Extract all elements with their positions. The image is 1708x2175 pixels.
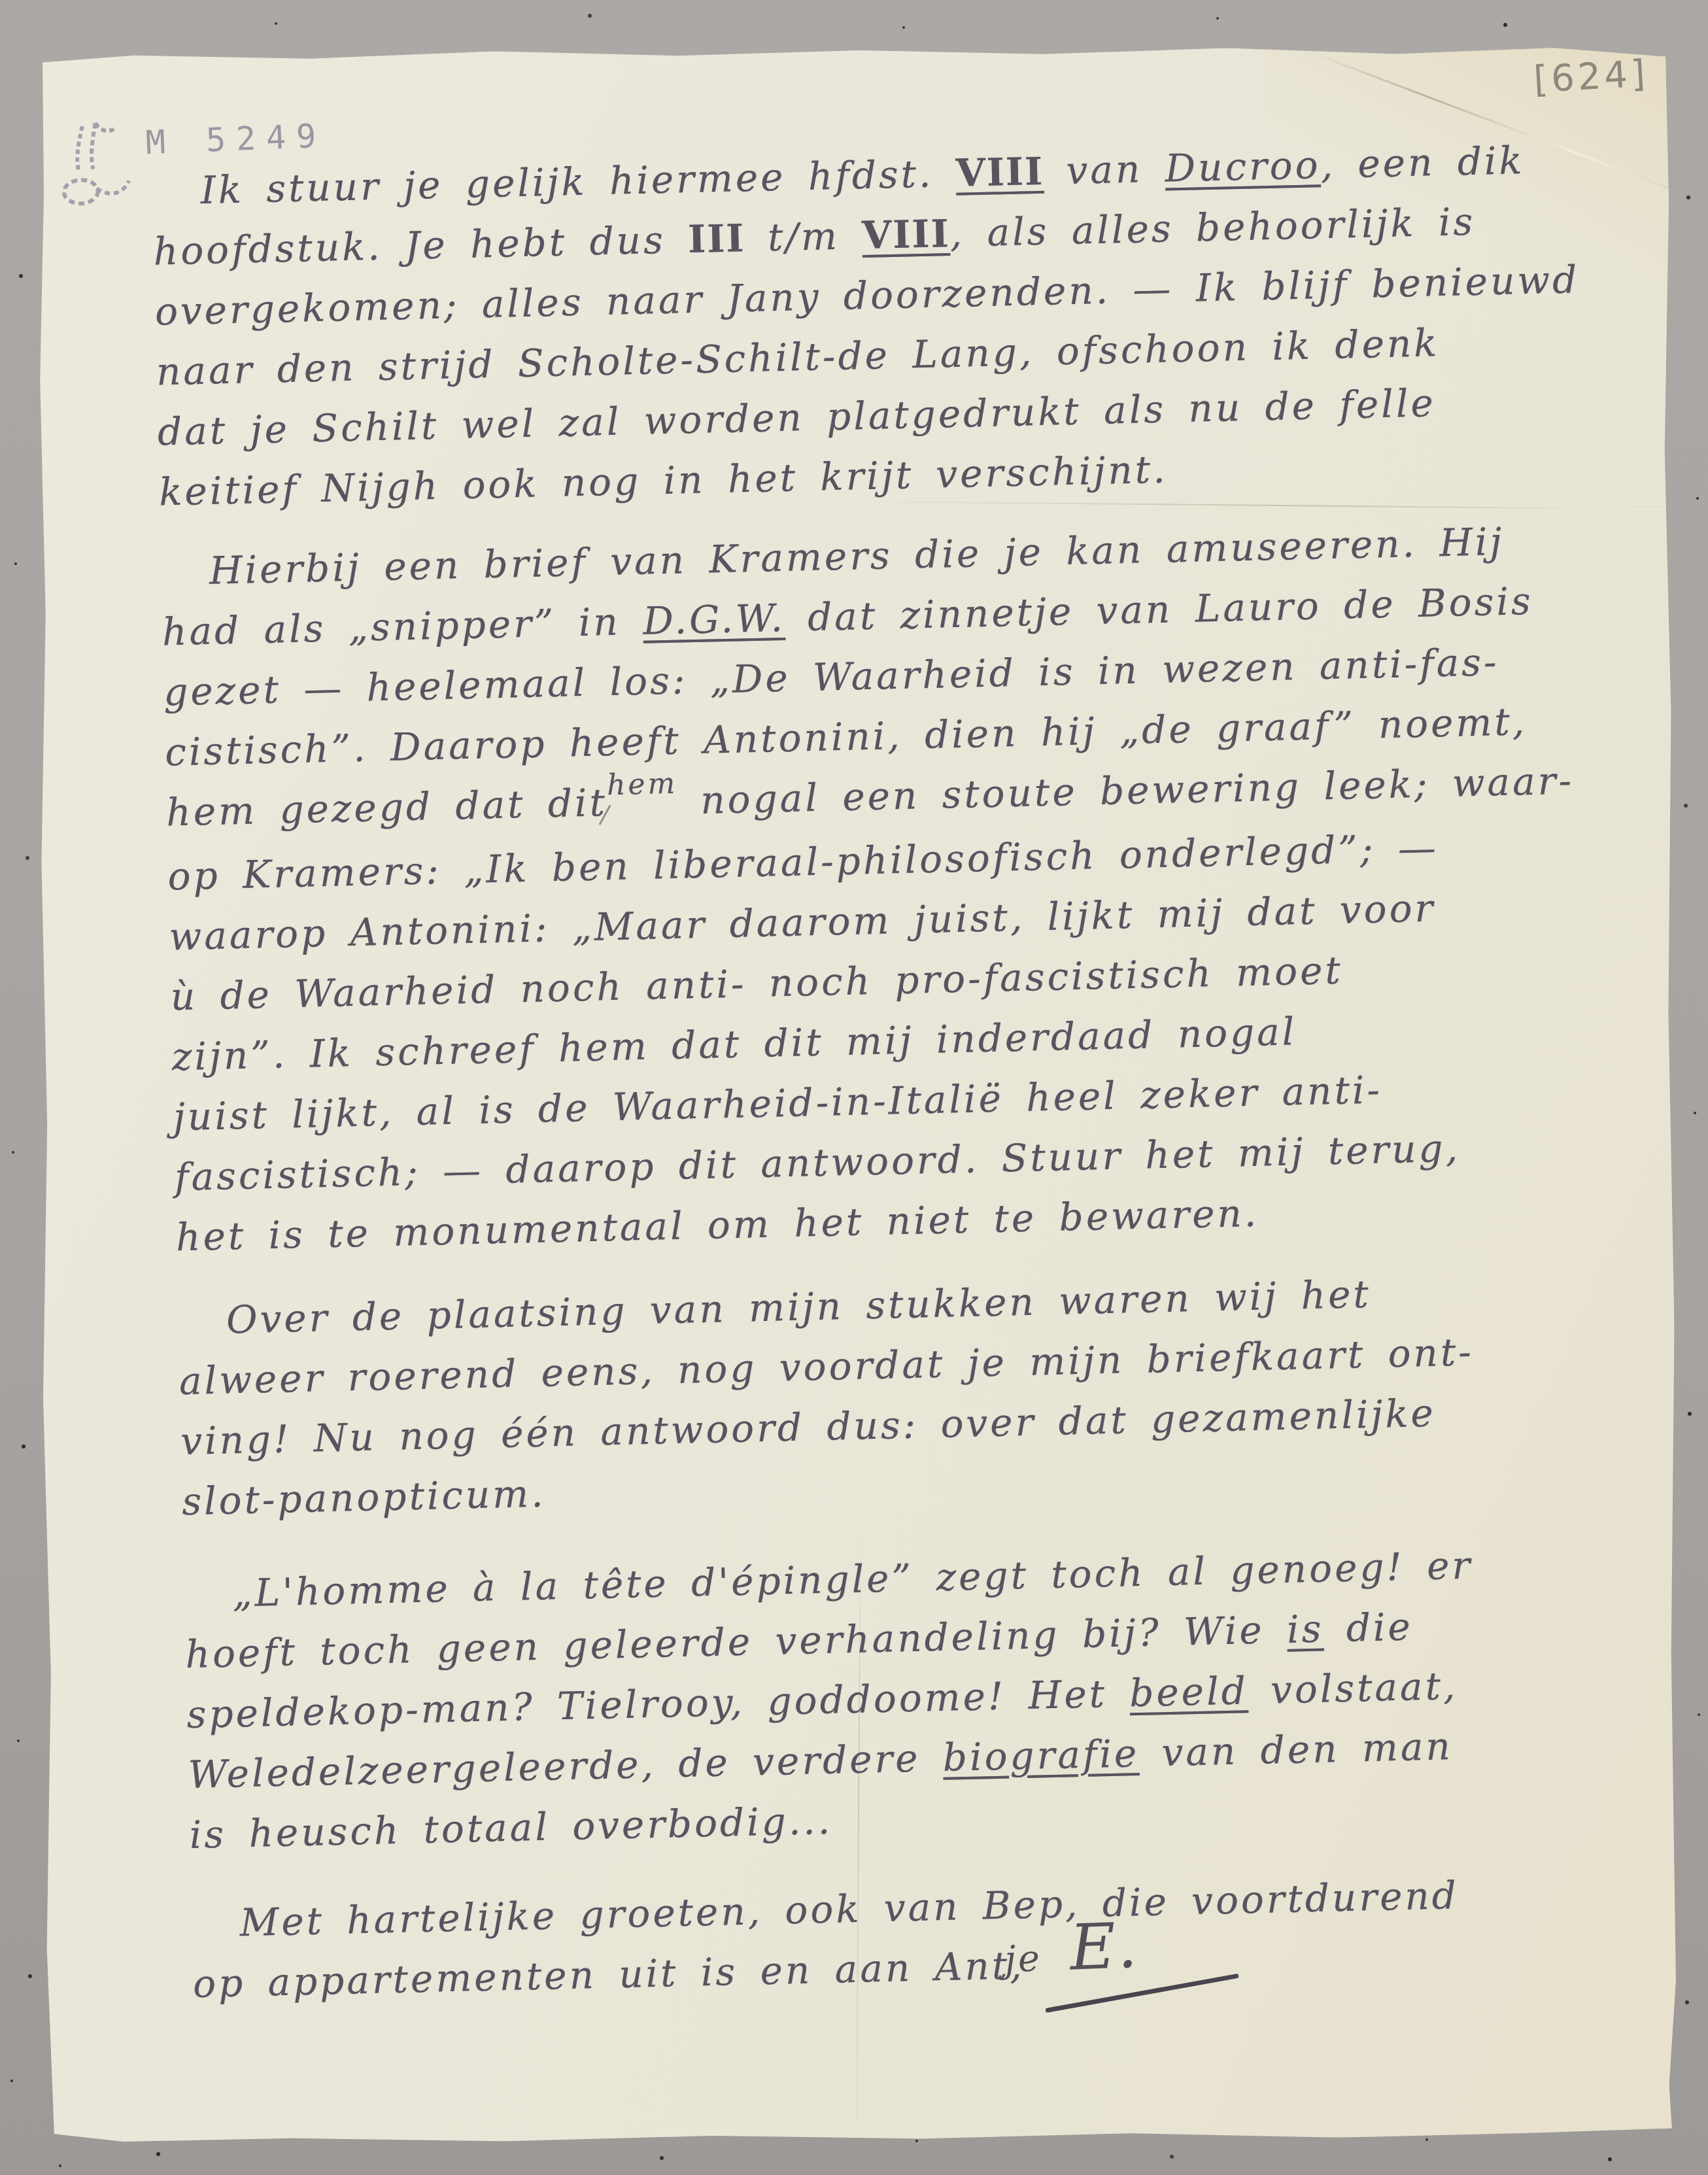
letter-text: van	[1043, 146, 1165, 194]
signature-initial: E.	[1068, 1909, 1140, 1985]
paragraph: Hierbij een brief van Kramers die je kan…	[160, 507, 1681, 1267]
paragraph: Over de plaatsing van mijn stukken waren…	[177, 1257, 1686, 1532]
letter-sheet: M 5249 [624] Ik stuur je gelijk hiermee …	[36, 45, 1679, 2145]
letter-text: op appartementen uit is en aan Ant,	[192, 1943, 1025, 2006]
paragraph: „L'homme à la tête d'épingle” zegt toch …	[183, 1530, 1694, 1865]
letter-text: is heusch totaal overbodig...	[189, 1798, 833, 1857]
letter-text: VIII	[955, 149, 1044, 196]
letter-text: volstaat,	[1248, 1664, 1458, 1713]
letter-text: is	[1286, 1607, 1324, 1652]
letter-text: VIII	[861, 211, 950, 258]
page-number-pencil: [624]	[1533, 52, 1650, 101]
letter-text: hem gezegd dat dit	[166, 780, 608, 834]
stamp-number: M 5249	[145, 102, 328, 162]
scan-background: { "document_type": "handwritten letter (…	[0, 0, 1708, 2175]
letter-text: Ducroo	[1165, 143, 1321, 190]
letter-text: t/m	[745, 213, 863, 260]
letter-text: beeld	[1129, 1668, 1248, 1715]
letter-text: Ik stuur je gelijk hiermee hfdst.	[200, 151, 956, 213]
dust-specks	[0, 0, 3, 3]
letter-text: nogal een stoute bewering leek; waar-	[677, 759, 1575, 823]
letter-text: dat zinnetje van Lauro de Bosis	[785, 579, 1534, 640]
letter-text: III	[687, 216, 745, 262]
letter-text: , als alles behoorlijk is	[949, 199, 1476, 256]
inserted-word: hem	[606, 754, 678, 815]
letter-text: slot-panopticum.	[181, 1471, 546, 1524]
signature-salutation: je	[1004, 1937, 1042, 1981]
stamp-monogram-icon	[57, 110, 139, 211]
paragraph: Met hartelijke groeten, ook van Bep, die…	[191, 1860, 1698, 2014]
letter-text: die	[1324, 1605, 1414, 1651]
letter-text: Weledelzeergeleerde, de verdere	[188, 1736, 944, 1797]
letter-text: D.G.W.	[642, 596, 785, 643]
letter-text: van den man	[1138, 1724, 1453, 1775]
letter-text: biografie	[942, 1731, 1140, 1780]
letter-text: had als „snipper” in	[162, 599, 643, 655]
paragraph: Ik stuur je gelijk hiermee hfdst. VIII v…	[152, 128, 1664, 522]
letter-text: , een dik	[1320, 138, 1526, 187]
letter-text: hoofdstuk. Je hebt dus	[153, 217, 689, 274]
signature: jeE.	[1003, 1909, 1140, 1987]
letter-body: Ik stuur je gelijk hiermee hfdst. VIII v…	[152, 128, 1698, 2014]
